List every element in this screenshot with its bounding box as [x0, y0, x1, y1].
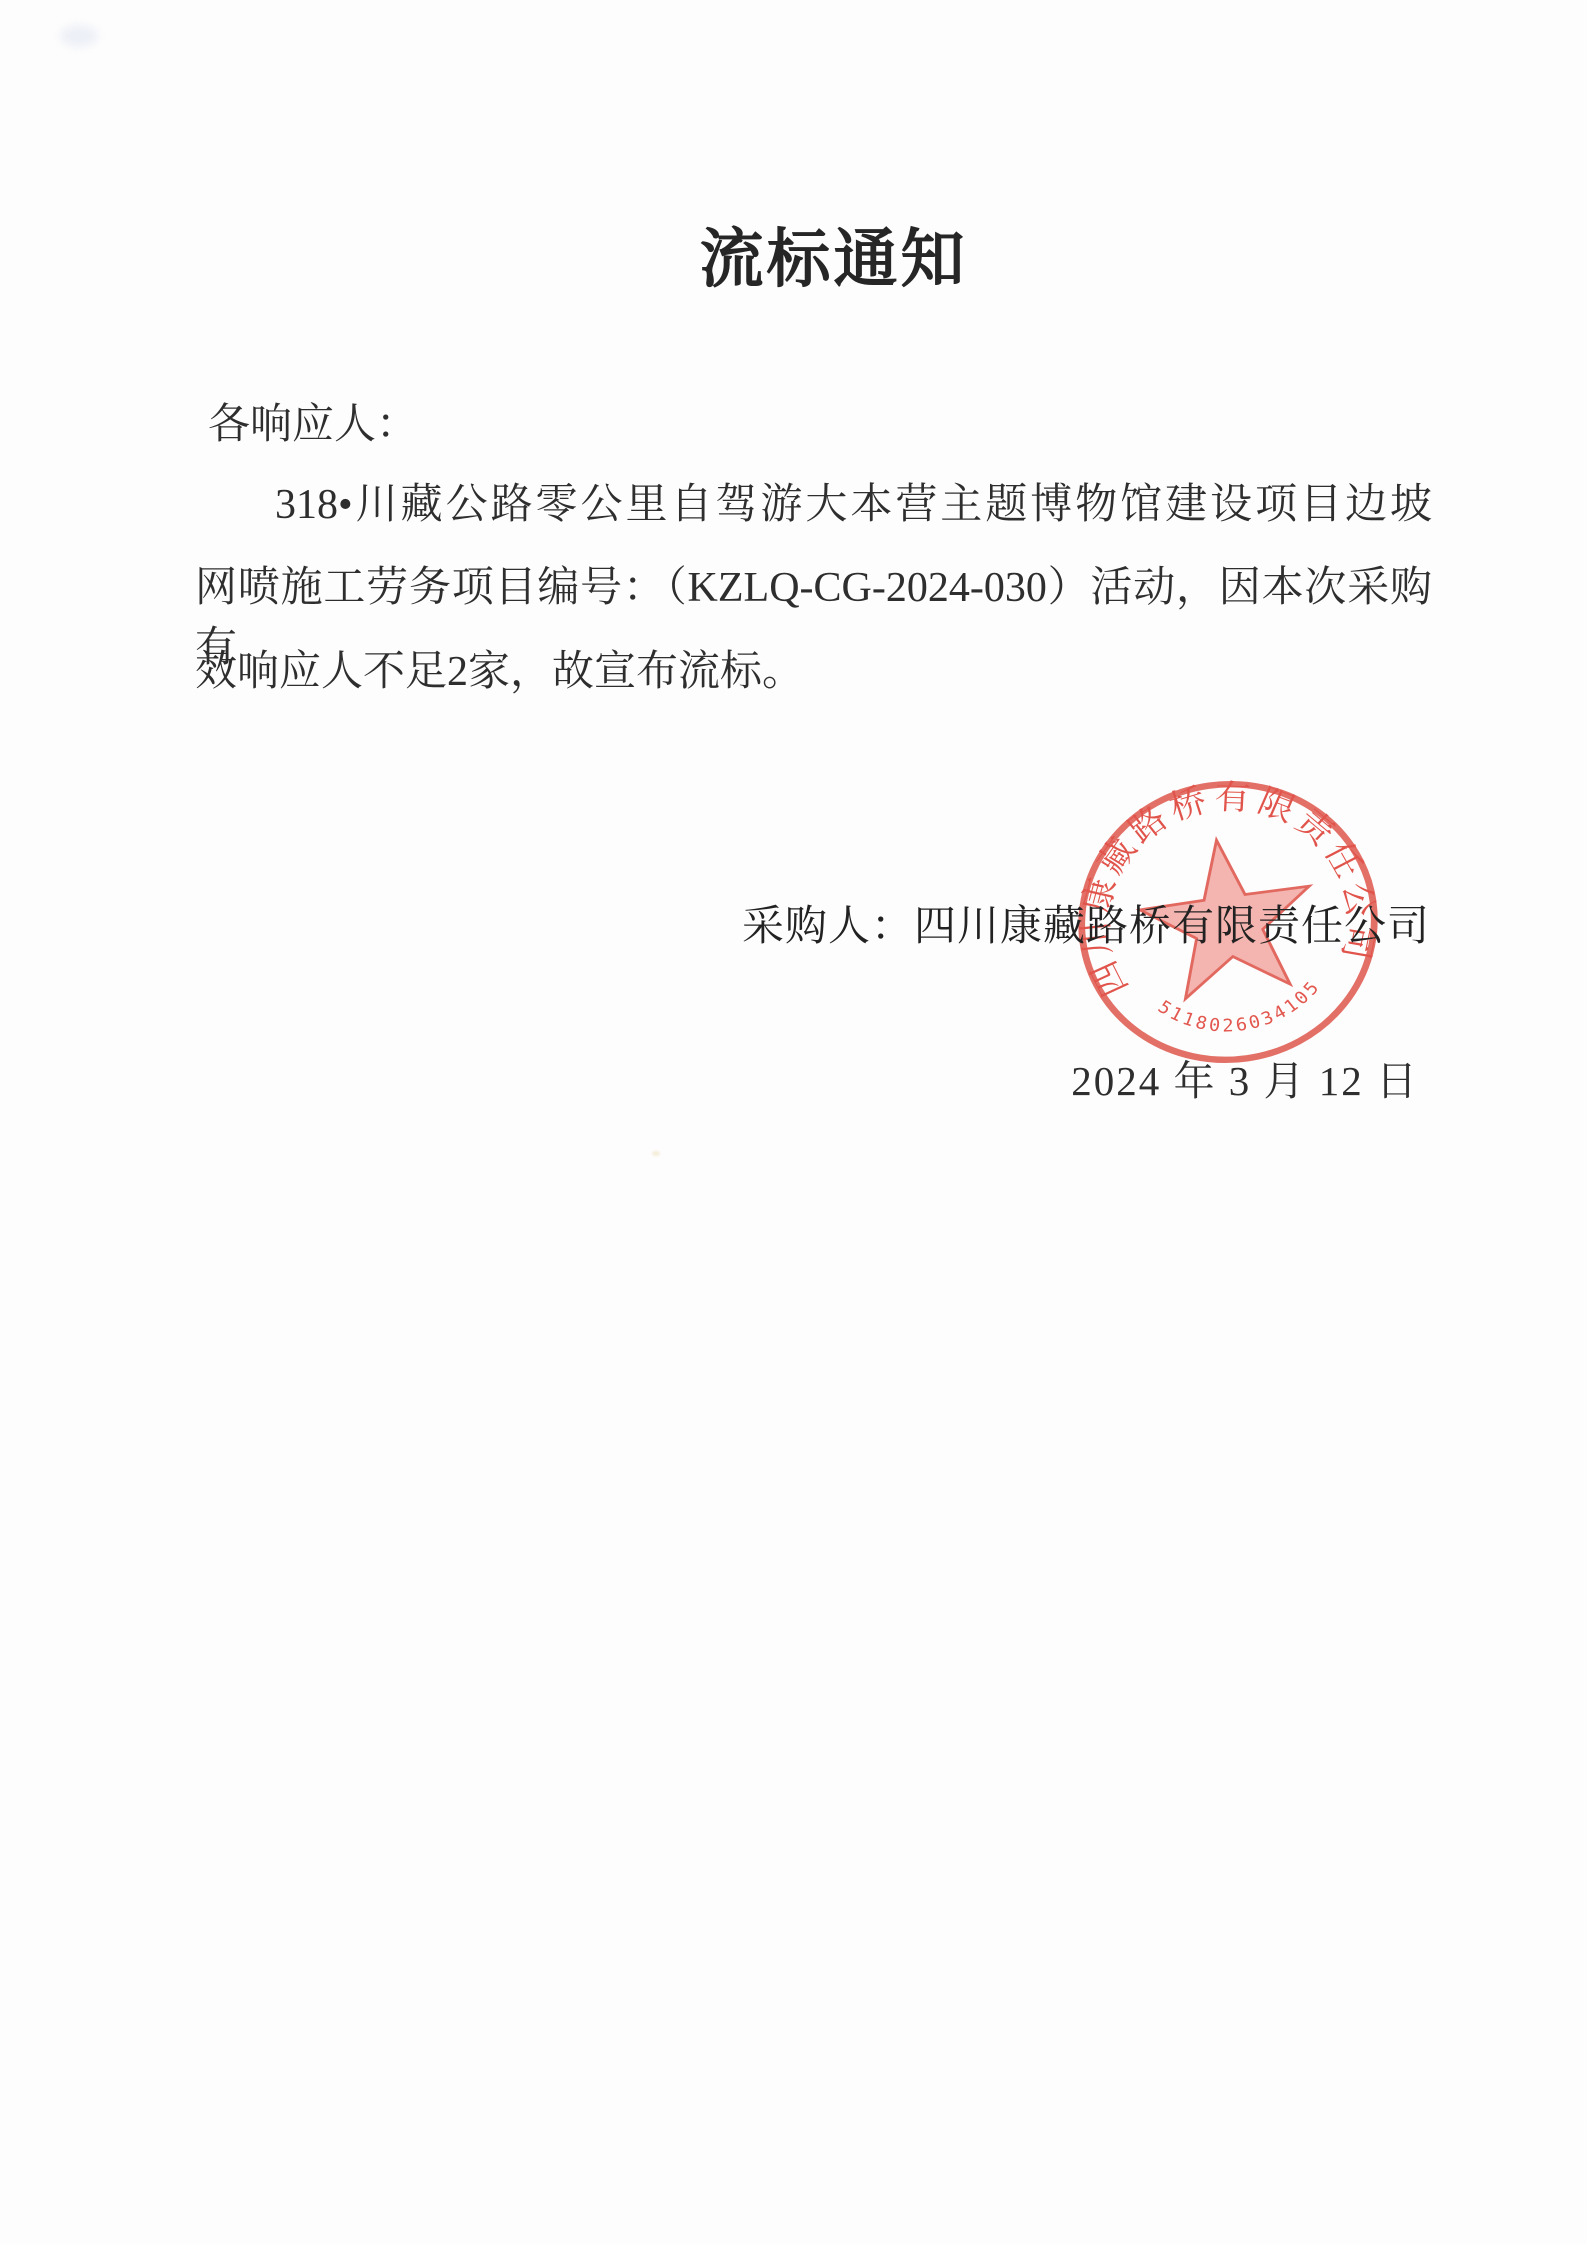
salutation-line: 各响应人： — [208, 391, 418, 451]
purchaser-signature-line: 采购人：四川康藏路桥有限责任公司 — [742, 893, 1430, 953]
document-page: 流标通知 各响应人： 318•川藏公路零公里自驾游大本营主题博物馆建设项目边坡 … — [0, 0, 1587, 2244]
body-line: 效响应人不足2家，故宣布流标。 — [195, 638, 1432, 698]
page-title: 流标通知 — [80, 208, 1587, 300]
body-line: 318•川藏公路零公里自驾游大本营主题博物馆建设项目边坡 — [195, 471, 1432, 531]
scan-artifact — [60, 25, 98, 47]
date-line: 2024 年 3 月 12 日 — [1071, 1048, 1419, 1107]
scan-artifact — [652, 1151, 660, 1156]
